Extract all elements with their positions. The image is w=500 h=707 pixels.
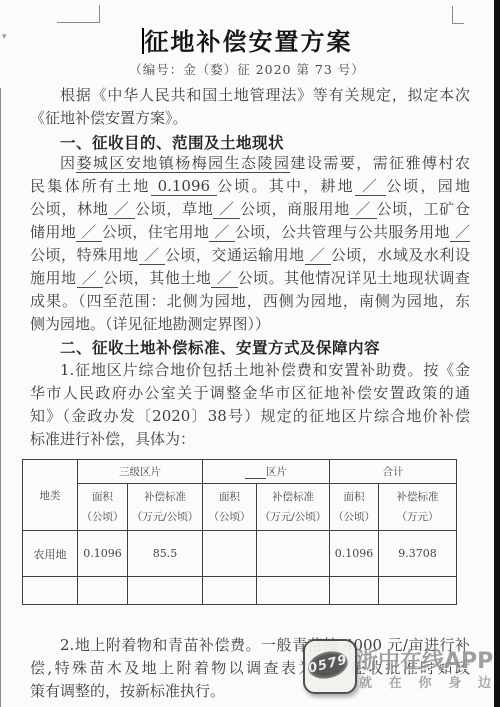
text-line: 公顷，特殊用地 ／ 公顷，交通运输用地 ／ 公顷，水域及水利设	[30, 244, 470, 267]
page-title: 征地补偿安置方案	[0, 22, 494, 57]
text-line: 成果。（四至范围：北侧为园地，西侧为园地，南侧为园地，东	[30, 290, 470, 313]
table-cell	[379, 577, 457, 605]
document-photo: ▾ 征地补偿安置方案 （编号：金（婺）征 2020 第 73 号） 根据《中华人…	[0, 0, 500, 707]
text-line: 施用地 ／ 公顷，其他土地 ／ 公顷。其他情况详见土地现状调查	[30, 267, 470, 290]
table-cell	[23, 577, 78, 605]
table-row	[23, 577, 457, 605]
table-subheader: 补偿标准（万元/公顷）	[128, 484, 203, 531]
table-cell	[78, 577, 128, 605]
table-cell	[203, 531, 257, 577]
margin-crop-mark-top-left	[57, 5, 100, 23]
table-group-header: 三级区片	[78, 460, 203, 484]
table-cell: 0.1096	[330, 531, 379, 577]
section1-heading: 一、征收目的、范围及土地现状	[60, 131, 284, 153]
text-line: 知》（金政办发〔2020〕38号）规定的征地区片综合地价补偿	[30, 405, 470, 428]
table-cell	[203, 577, 257, 605]
doc-number: （编号：金（婺）征 2020 第 73 号）	[0, 60, 494, 78]
watermark-subtitle-char: 身	[448, 672, 461, 691]
table-subheader: 补偿标准（万元）	[379, 484, 457, 531]
text-line: 华市人民政府办公室关于调整金华市区征地补偿安置政策的通	[30, 382, 470, 405]
text-line: 根据《中华人民共和国土地管理法》等有关规定，拟定本次	[30, 84, 470, 107]
photo-right-edge	[494, 0, 500, 707]
watermark-app-logo: 0579	[303, 639, 357, 694]
watermark-subtitle-char: 在	[389, 672, 402, 691]
text-line: 1.征地区片综合地价包括土地补偿费和安置补助费。按《金	[30, 359, 470, 382]
watermark-subtitle-char: 你	[418, 672, 431, 691]
table-cell: 85.5	[128, 531, 203, 577]
text-line: 《征地补偿安置方案》。	[30, 107, 470, 130]
intro-paragraph: 根据《中华人民共和国土地管理法》等有关规定，拟定本次 《征地补偿安置方案》。	[30, 84, 470, 130]
compensation-table: 地类 三级区片 区片 合计 面积（公顷） 补偿标准（万元/公顷） 面积（公顷） …	[22, 459, 457, 605]
table-cell	[257, 531, 330, 577]
table-group-header: 区片	[203, 460, 330, 484]
text-line: 民集体所有土地 0.1096 公顷。其中，耕地 ／ 公顷，园地 0.1096	[30, 175, 470, 198]
watermark-subtitle: 就 在 你 身 边	[359, 672, 491, 691]
text-line: 公顷，林地 ／ 公顷，草地 ／ 公顷，商服用地 ／ 公顷，工矿仓	[30, 198, 470, 221]
text-line: 储用地 ／ 公顷，住宅用地 ／ 公顷，公共管理与公共服务用地 ／	[30, 221, 470, 244]
watermark-logo-text: 0579	[305, 648, 350, 683]
section2-paragraph: 1.征地区片综合地价包括土地补偿费和安置补助费。按《金 华市人民政府办公室关于调…	[30, 359, 470, 451]
watermark-subtitle-char: 就	[359, 672, 372, 691]
table-cell: 9.3708	[379, 531, 457, 577]
text-line: 侧为园地。（详见征地勘测定界图））	[30, 313, 470, 336]
table-group-header: 合计	[330, 460, 457, 484]
text-line: 标准进行补偿，具体为：	[30, 428, 470, 451]
table-cell	[257, 577, 330, 605]
table-cell	[330, 577, 379, 605]
table-cell: 0.1096	[78, 531, 128, 577]
table-cell: 农用地	[23, 531, 78, 577]
table-header-landtype: 地类	[23, 460, 78, 531]
section2-heading: 二、征收土地补偿标准、安置方式及保障内容	[60, 336, 380, 358]
table-subheader: 补偿标准（万元/公顷）	[257, 484, 330, 531]
table-subheader: 面积（公顷）	[330, 484, 379, 531]
section1-paragraph: 因婺城区安地镇杨梅园生态陵园建设需要，需征雅傅村农 民集体所有土地 0.1096…	[30, 152, 470, 336]
watermark-title: 浙中在线APP	[356, 644, 496, 675]
text-line: 因婺城区安地镇杨梅园生态陵园建设需要，需征雅傅村农	[30, 152, 470, 175]
photo-left-edge	[0, 88, 1, 707]
watermark-subtitle-char: 边	[478, 672, 491, 691]
table-subheader: 面积（公顷）	[78, 484, 128, 531]
text-cursor	[142, 28, 144, 54]
table-subheader: 面积（公顷）	[203, 484, 257, 531]
table-cell	[128, 577, 203, 605]
table-row: 农用地 0.1096 85.5 0.1096 9.3708	[23, 531, 457, 577]
